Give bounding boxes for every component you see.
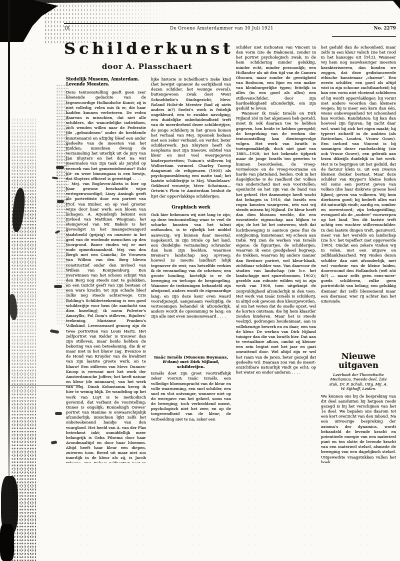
body-paragraph: Mej. van Bogloven-Alieta is hier op haar… — [66, 182, 146, 464]
review-paragraph: We kunnen ons bij de bespreking van dit … — [321, 394, 396, 463]
column-3: schilder niet inchoaten van Vincent in d… — [236, 45, 316, 463]
margin-mark — [54, 285, 62, 288]
body-paragraph: Israëls doet zijn groot voortreffelijk z… — [151, 371, 231, 422]
issue-number: No. 2279 — [374, 26, 396, 31]
body-paragraph: Ook hier bekennen wij niet lang te zijn;… — [151, 213, 231, 320]
column-1: Stedelijk Museum, Amsterdam. Levende Mee… — [66, 77, 146, 463]
scan-artifact-edge-line — [8, 0, 10, 494]
body-paragraph: het geduld dan de schoonheid, maar zelfs… — [321, 45, 396, 304]
book-reference: Leerboek der Theoretische Mechanica, Twe… — [328, 373, 389, 392]
issue-rule — [332, 36, 396, 37]
column-2: lijke historie is Schelfhout’s zieke kin… — [151, 77, 231, 463]
scanned-newspaper-page: 18 De Groene Amsterdammer van 30 Juli 19… — [0, 0, 400, 561]
masthead-title: De Groene Amsterdammer van 30 Juli 1921 — [170, 26, 273, 31]
scan-artifact-speckle-band — [56, 84, 69, 326]
margin-mark — [55, 412, 62, 415]
israels-heading: Isaäc Israëls (Museum Boymans, R’dam) me… — [151, 355, 231, 369]
exhibition-heading: Stedelijk Museum, Amsterdam. Levende Mee… — [66, 77, 146, 87]
margin-mark — [50, 329, 59, 334]
column-4: het geduld dan de schoonheid, maar zelfs… — [321, 45, 396, 463]
body-paragraph: schilder niet inchoaten van Vincent in d… — [236, 45, 316, 111]
margin-mark — [52, 177, 58, 180]
margin-mark — [51, 441, 57, 444]
scan-artifact-corner-wedge — [391, 0, 400, 9]
margin-mark — [56, 166, 64, 169]
article-byline: door A. Plasschaert — [64, 62, 230, 71]
body-paragraph: Deze tentoonstelling geeft geen zeer blo… — [66, 90, 146, 181]
nieuwe-uitgaven-heading: Nieuwe uitgaven — [321, 352, 396, 370]
graphisch-werk-heading: Graphisch werk — [151, 205, 231, 210]
body-paragraph: Wanneer ik Isaäc Israëls en Dirk Nijland… — [236, 111, 316, 375]
scan-artifact-noise — [44, 0, 184, 44]
scan-artifact-fold-line — [10, 385, 80, 386]
margin-mark — [57, 200, 64, 203]
body-paragraph: lijke historie is Schelfhout’s zieke kin… — [151, 77, 231, 199]
scan-artifact-blob — [0, 524, 14, 561]
